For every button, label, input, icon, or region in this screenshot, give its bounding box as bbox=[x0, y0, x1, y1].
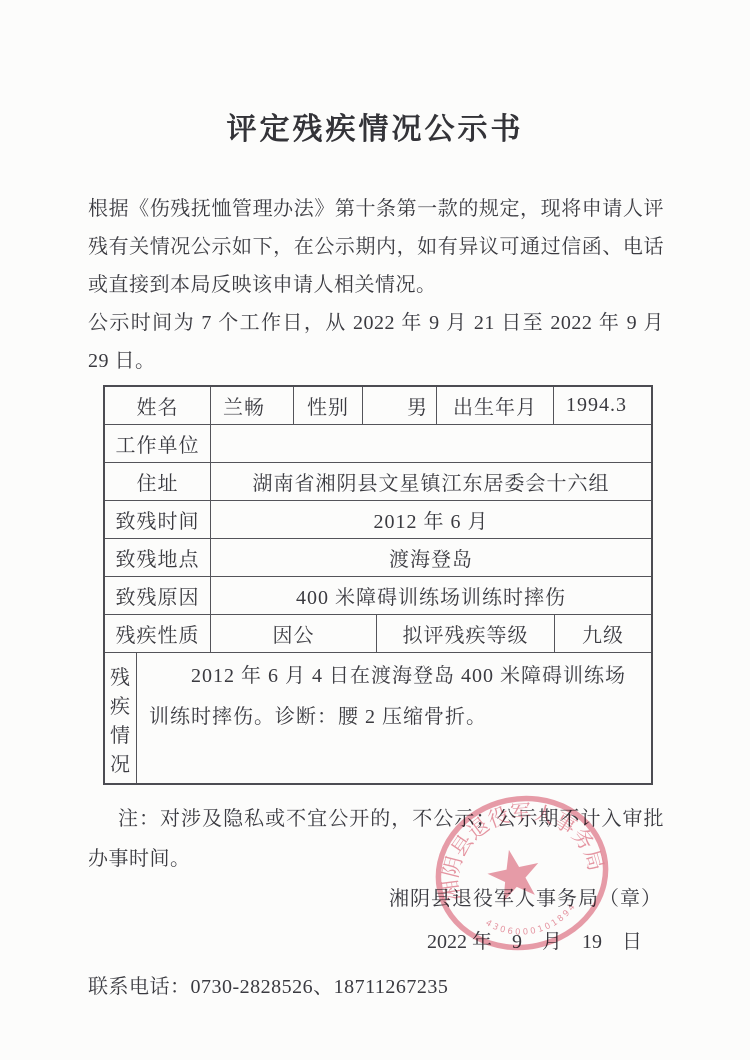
issue-date: 2022 年 9 月 19 日 bbox=[0, 925, 642, 954]
employer-label-cell: 工作单位 bbox=[105, 425, 211, 462]
name-value-cell: 兰畅 bbox=[211, 387, 294, 424]
table-row-address: 住址 湖南省湘阴县文星镇江东居委会十六组 bbox=[105, 463, 651, 501]
employer-value-cell bbox=[211, 425, 651, 462]
table-row-disability-time: 致残时间 2012 年 6 月 bbox=[105, 501, 651, 539]
birth-value-cell: 1994.3 bbox=[554, 387, 651, 424]
table-row-employer: 工作单位 bbox=[105, 425, 651, 463]
vertical-label-char: 情 bbox=[110, 719, 131, 748]
gender-value-cell: 男 bbox=[363, 387, 437, 424]
disability-place-value-cell: 渡海登岛 bbox=[211, 539, 651, 576]
vertical-label-char: 残 bbox=[110, 661, 131, 690]
disability-place-label-cell: 致残地点 bbox=[105, 539, 211, 576]
address-value-cell: 湖南省湘阴县文星镇江东居委会十六组 bbox=[211, 463, 651, 500]
table-row-nature-grade: 残疾性质 因公 拟评残疾等级 九级 bbox=[105, 615, 651, 653]
disability-grade-label-cell: 拟评残疾等级 bbox=[377, 615, 555, 652]
issuing-authority: 湘阴县退役军人事务局（章） bbox=[0, 882, 662, 911]
disability-time-value-cell: 2012 年 6 月 bbox=[211, 501, 651, 538]
table-row-name-gender-birth: 姓名 兰畅 性别 男 出生年月 1994.3 bbox=[105, 387, 651, 425]
table-row-disability-detail: 残 疾 情 况 2012 年 6 月 4 日在渡海登岛 400 米障碍训练场训练… bbox=[105, 653, 651, 783]
gender-label-cell: 性别 bbox=[294, 387, 363, 424]
disability-nature-label-cell: 残疾性质 bbox=[105, 615, 211, 652]
disability-cause-label-cell: 致残原因 bbox=[105, 577, 211, 614]
body-paragraph-1: 根据《伤残抚恤管理办法》第十条第一款的规定，现将申请人评残有关情况公示如下，在公… bbox=[88, 190, 664, 304]
table-row-disability-place: 致残地点 渡海登岛 bbox=[105, 539, 651, 577]
disability-detail-label-cell: 残 疾 情 况 bbox=[105, 653, 137, 783]
scanned-document-page: 评定残疾情况公示书 根据《伤残抚恤管理办法》第十条第一款的规定，现将申请人评残有… bbox=[0, 0, 750, 1060]
contact-phone: 联系电话：0730-2828526、18711267235 bbox=[88, 970, 750, 999]
table-row-disability-cause: 致残原因 400 米障碍训练场训练时摔伤 bbox=[105, 577, 651, 615]
applicant-info-table: 姓名 兰畅 性别 男 出生年月 1994.3 工作单位 住址 湖南省湘阴县文星镇… bbox=[103, 385, 653, 785]
name-label-cell: 姓名 bbox=[105, 387, 211, 424]
body-paragraph-2: 公示时间为 7 个工作日，从 2022 年 9 月 21 日至 2022 年 9… bbox=[88, 304, 664, 380]
birth-label-cell: 出生年月 bbox=[437, 387, 554, 424]
document-title: 评定残疾情况公示书 bbox=[0, 0, 750, 148]
privacy-note: 注：对涉及隐私或不宜公开的，不公示；公示期不计入审批办事时间。 bbox=[88, 799, 664, 879]
address-label-cell: 住址 bbox=[105, 463, 211, 500]
vertical-label-char: 况 bbox=[110, 748, 131, 777]
disability-detail-value-cell: 2012 年 6 月 4 日在渡海登岛 400 米障碍训练场训练时摔伤。诊断：腰… bbox=[137, 653, 651, 783]
disability-cause-value-cell: 400 米障碍训练场训练时摔伤 bbox=[211, 577, 651, 614]
document-body: 根据《伤残抚恤管理办法》第十条第一款的规定，现将申请人评残有关情况公示如下，在公… bbox=[88, 190, 664, 380]
disability-grade-value-cell: 九级 bbox=[555, 615, 651, 652]
disability-nature-value-cell: 因公 bbox=[211, 615, 377, 652]
vertical-label-char: 疾 bbox=[110, 690, 131, 719]
disability-time-label-cell: 致残时间 bbox=[105, 501, 211, 538]
